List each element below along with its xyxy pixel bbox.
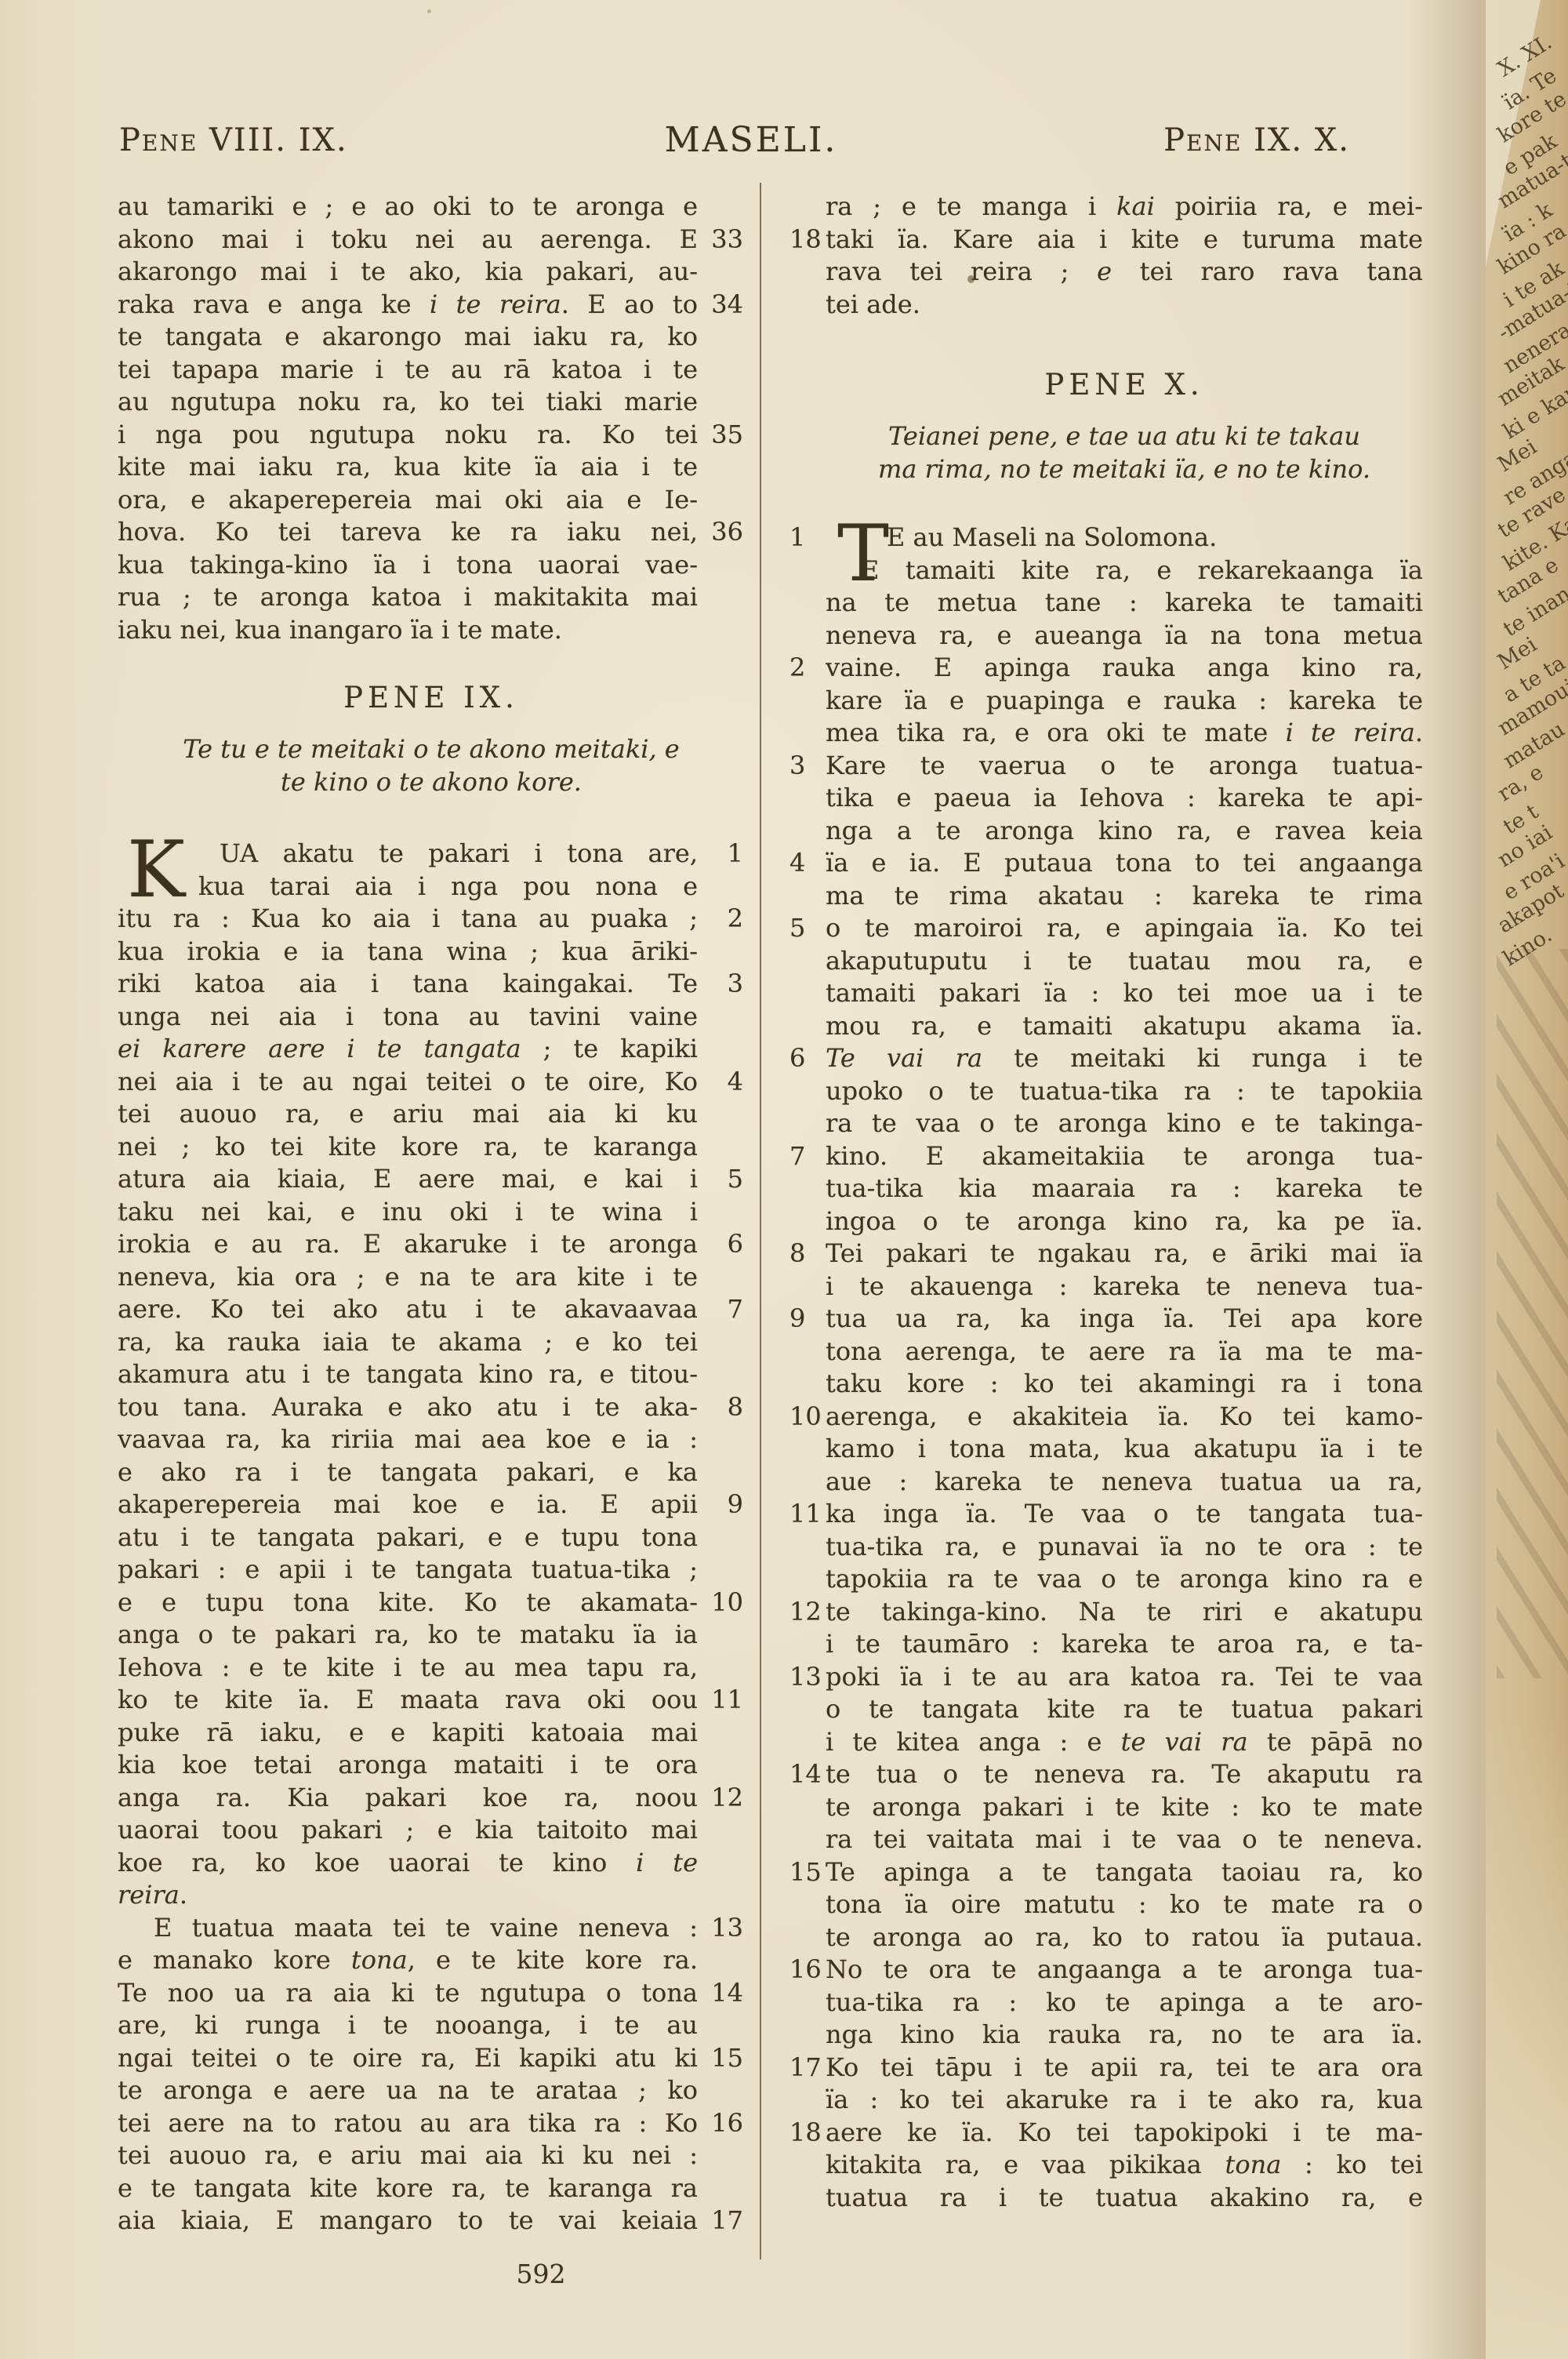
verse-number: 12 [699, 1782, 743, 1815]
verse-number: 10 [789, 1401, 822, 1434]
verse-number: 11 [699, 1684, 743, 1717]
verse-number: 6 [789, 1042, 822, 1075]
text-line: tika e paeua ia Iehova : kareka te api- [826, 782, 1423, 815]
chapter-block: PENE X.Teianei pene, e tae ua atu ki te … [826, 366, 1423, 485]
verse-text: e ako ra i te tangata pakari, e ka [118, 1456, 698, 1489]
text-line: te tua o te neneva ra. Te akaputu ra14 [826, 1758, 1423, 1791]
text-line: taki ïa. Kare aia i kite e turuma mate18 [826, 224, 1423, 256]
text-line: atu i te tangata pakari, e e tupu tona [118, 1521, 745, 1554]
verse-text: unga nei aia i tona au tavini vaine [118, 1001, 698, 1034]
verse-number: 15 [789, 1856, 822, 1889]
text-line: aia kiaia, E mangaro to te vai keiaia17 [118, 2205, 745, 2237]
verse-text: Ko tei tāpu i te apii ra, tei te ara ora [826, 2052, 1423, 2085]
text-line: mea tika ra, e ora oki te mate i te reir… [826, 717, 1423, 750]
verse-text: Tei pakari te ngakau ra, e āriki mai ïa [826, 1238, 1423, 1270]
text-line: poki ïa i te au ara katoa ra. Tei te vaa… [826, 1661, 1423, 1694]
text-line: kitakita ra, e vaa pikikaa tona : ko tei [826, 2149, 1423, 2182]
text-line: ïa e ia. E putaua tona to tei angaanga4 [826, 847, 1423, 880]
verse-text: tei tapapa marie i te au rā katoa i te [118, 354, 698, 387]
verse-text: kitakita ra, e vaa pikikaa tona : ko tei [826, 2149, 1423, 2182]
verse-number: 18 [789, 224, 822, 256]
verse-text: akaputuputu i te tuatau mou ra, e [826, 945, 1423, 978]
edge-illegible-text-texture [1497, 949, 1568, 1678]
verse-text: tua ua ra, ka inga ïa. Tei apa kore [826, 1303, 1423, 1336]
verse-number: 7 [699, 1293, 743, 1326]
verse-text: vaavaa ra, ka ririia mai aea koe e ia : [118, 1423, 698, 1456]
verse-text: te takinga-kino. Na te riri e akatupu [826, 1596, 1423, 1629]
text-line: te aronga e aere ua na te arataa ; ko [118, 2074, 745, 2107]
text-line: vaavaa ra, ka ririia mai aea koe e ia : [118, 1423, 745, 1456]
verse-text: puke rā iaku, e e kapiti katoaia mai [118, 1717, 698, 1750]
verse-text: mea tika ra, e ora oki te mate i te reir… [826, 717, 1423, 750]
edge-bottom-fade [1486, 1716, 1568, 2359]
text-line: i te kitea anga : e te vai ra te pāpā no [826, 1726, 1423, 1759]
verse-text: e manako kore tona, e te kite kore ra. [118, 1944, 698, 1977]
verse-text: akarongo mai i te ako, kia pakari, au- [118, 256, 698, 289]
text-line: te tangata e akarongo mai iaku ra, ko [118, 321, 745, 354]
text-line: rava tei reira ; e tei raro rava tana [826, 256, 1423, 289]
verse-text: kare ïa e puapinga e rauka : kareka te [826, 685, 1423, 718]
text-line: au ngutupa noku ra, ko tei tiaki marie [118, 386, 745, 419]
text-line: Kare te vaerua o te aronga tuatua-3 [826, 750, 1423, 783]
text-line: tei tapapa marie i te au rā katoa i te [118, 354, 745, 387]
binding-gutter-shadow [1407, 0, 1487, 2359]
verse-text: kamo i tona mata, kua akatupu ïa i te [826, 1433, 1423, 1466]
verse-number: 36 [699, 516, 743, 549]
verse-text: UA akatu te pakari i tona are, [118, 838, 698, 871]
text-line: tei auouo ra, e ariu mai aia ki ku nei : [118, 2139, 745, 2172]
verse-text: te tangata e akarongo mai iaku ra, ko [118, 321, 698, 354]
text-line: are, ki runga i te nooanga, i te au [118, 2009, 745, 2042]
verse-text: taku nei kai, e inu oki i te wina i [118, 1196, 698, 1229]
text-line: kamo i tona mata, kua akatupu ïa i te [826, 1433, 1423, 1466]
verse-text: iaku nei, kua inangaro ïa i te mate. [118, 614, 698, 647]
text-line: nga kino kia rauka ra, no te ara ïa. [826, 2019, 1423, 2052]
verse-text: upoko o te tuatua-tika ra : te tapokiia [826, 1075, 1423, 1108]
text-line: nei aia i te au ngai teitei o te oire, K… [118, 1066, 745, 1099]
verse-text: ra tei vaitata mai i te vaa o te neneva. [826, 1823, 1423, 1856]
verse-text: anga ra. Kia pakari koe ra, noou [118, 1782, 698, 1815]
verse-text: anga o te pakari ra, ko te mataku ïa ia [118, 1619, 698, 1652]
verse-number: 8 [699, 1391, 743, 1424]
chapter-subtitle-line: Te tu e te meitaki o te akono meitaki, e [118, 732, 745, 765]
text-line: akaperepereia mai koe e ia. E apii9 [118, 1488, 745, 1521]
verse-text: aere ke ïa. Ko tei tapokipoki i te ma- [826, 2117, 1423, 2150]
verse-text: neneva, kia ora ; e na te ara kite i te [118, 1261, 698, 1294]
text-line: unga nei aia i tona au tavini vaine [118, 1001, 745, 1034]
verse-text: akono mai i toku nei au aerenga. E [118, 224, 698, 256]
verse-number: 1 [789, 522, 822, 554]
verse-number: 16 [699, 2107, 743, 2140]
verse-number: 6 [699, 1228, 743, 1261]
verse-text: pakari : e apii i te tangata tuatua-tika… [118, 1554, 698, 1587]
verse-number: 5 [699, 1163, 743, 1196]
verse-text: ra ; e te manga i kai poiriia ra, e mei- [826, 191, 1423, 224]
verse-text: ïa : ko tei akaruke ra i te ako ra, kua [826, 2084, 1423, 2117]
text-line: Ko tei tāpu i te apii ra, tei te ara ora… [826, 2052, 1423, 2085]
chapter-subtitle-line: ma rima, no te meitaki ïa, e no te kino. [826, 453, 1423, 485]
verse-text: tei auouo ra, e ariu mai aia ki ku nei : [118, 2139, 698, 2172]
text-line: tei aere na to ratou au ara tika ra : Ko… [118, 2107, 745, 2140]
text-line: tei ade. [826, 289, 1423, 322]
verse-text: itu ra : Kua ko aia i tana au puaka ; [118, 903, 698, 936]
text-line: aue : kareka te neneva tuatua ua ra, [826, 1466, 1423, 1499]
text-line: na te metua tane : kareka te tamaiti [826, 587, 1423, 620]
text-line: Te apinga a te tangata taoiau ra, ko15 [826, 1856, 1423, 1889]
text-line: ngai teitei o te oire ra, Ei kapiki atu … [118, 2042, 745, 2075]
text-line: koe ra, ko koe uaorai te kino i te [118, 1847, 745, 1880]
left-column: au tamariki e ; e ao oki to te aronga ea… [118, 191, 745, 2237]
verse-text: kua takinga-kino ïa i tona uaorai vae- [118, 549, 698, 582]
verse-text: tua-tika kia maaraia ra : kareka te [826, 1172, 1423, 1205]
verse-text: Te noo ua ra aia ki te ngutupa o tona [118, 1977, 698, 2010]
text-line: Te noo ua ra aia ki te ngutupa o tona14 [118, 1977, 745, 2010]
verse-text: hova. Ko tei tareva ke ra iaku nei, [118, 516, 698, 549]
verse-text: poki ïa i te au ara katoa ra. Tei te vaa [826, 1661, 1423, 1694]
text-line: e manako kore tona, e te kite kore ra. [118, 1944, 745, 1977]
right-column: ra ; e te manga i kai poiriia ra, e mei-… [826, 191, 1423, 2214]
text-line: kua tarai aia i nga pou nona e [118, 871, 745, 903]
text-line: No te ora te angaanga a te aronga tua-16 [826, 1954, 1423, 1986]
verse-text: ngai teitei o te oire ra, Ei kapiki atu … [118, 2042, 698, 2075]
text-line: raka rava e anga ke i te reira. E ao to3… [118, 289, 745, 322]
verse-text: i nga pou ngutupa noku ra. Ko tei [118, 419, 698, 452]
text-line: e e tupu tona kite. Ko te akamata-10 [118, 1587, 745, 1619]
drop-cap-initial: K [127, 839, 185, 902]
running-head-title: MASELI. [665, 122, 838, 158]
chapter-heading: PENE IX. [118, 679, 745, 717]
verse-number: 17 [699, 2205, 743, 2237]
verse-text: ko te kite ïa. E maata rava oki oou [118, 1684, 698, 1717]
text-line: itu ra : Kua ko aia i tana au puaka ;2 [118, 903, 745, 936]
verse-number: 17 [789, 2052, 822, 2085]
verse-text: o te tangata kite ra te tuatua pakari [826, 1693, 1423, 1726]
verse-text: koe ra, ko koe uaorai te kino i te [118, 1847, 698, 1880]
text-line: ïa : ko tei akaruke ra i te ako ra, kua [826, 2084, 1423, 2117]
text-line: nga a te aronga kino ra, e ravea keia [826, 815, 1423, 848]
text-line: tona aerenga, te aere ra ïa ma te ma- [826, 1336, 1423, 1369]
verse-text: ra, ka rauka iaia te akama ; e ko tei [118, 1326, 698, 1359]
text-line: Iehova : e te kite i te au mea tapu ra, [118, 1652, 745, 1685]
text-line: tua-tika kia maaraia ra : kareka te [826, 1172, 1423, 1205]
verse-text: na te metua tane : kareka te tamaiti [826, 587, 1423, 620]
text-line: ra tei vaitata mai i te vaa o te neneva. [826, 1823, 1423, 1856]
paper-speck [427, 9, 431, 13]
text-line: tou tana. Auraka e ako atu i te aka-8 [118, 1391, 745, 1424]
verse-text: i te kitea anga : e te vai ra te pāpā no [826, 1726, 1423, 1759]
text-line: reira. [118, 1879, 745, 1912]
verse-number: 18 [789, 2117, 822, 2150]
chapter-heading: PENE X. [826, 366, 1423, 404]
verse-number: 2 [789, 652, 822, 685]
verse-number: 14 [789, 1758, 822, 1791]
text-line: o te tangata kite ra te tuatua pakari [826, 1693, 1423, 1726]
verse-text: irokia e au ra. E akaruke i te aronga [118, 1228, 698, 1261]
verse-text: Te apinga a te tangata taoiau ra, ko [826, 1856, 1423, 1889]
verse-text: riki katoa aia i tana kaingakai. Te [118, 968, 698, 1001]
text-line: kare ïa e puapinga e rauka : kareka te [826, 685, 1423, 718]
text-line: ko te kite ïa. E maata rava oki oou11 [118, 1684, 745, 1717]
verse-text: Iehova : e te kite i te au mea tapu ra, [118, 1652, 698, 1685]
running-head-left: Pene VIII. IX. [119, 122, 348, 158]
text-line: kino. E akameitakiia te aronga tua-7 [826, 1140, 1423, 1173]
verse-number: 4 [699, 1066, 743, 1099]
text-line: ma te rima akatau : kareka te rima [826, 880, 1423, 913]
text-line: iaku nei, kua inangaro ïa i te mate. [118, 614, 745, 647]
verse-text: tuatua ra i te tuatua akakino ra, e [826, 2182, 1423, 2215]
verse-text: ei karere aere i te tangata ; te kapiki [118, 1033, 698, 1066]
verse-text: tona ïa oire matutu : ko te mate ra o [826, 1888, 1423, 1921]
text-line: tua-tika ra, e punavai ïa no te ora : te [826, 1531, 1423, 1564]
verse-text: Te vai ra te meitaki ki runga i te [826, 1042, 1423, 1075]
verse-text: tona aerenga, te aere ra ïa ma te ma- [826, 1336, 1423, 1369]
verse-text: tei auouo ra, e ariu mai aia ki ku [118, 1098, 698, 1131]
verse-text: ka inga ïa. Te vaa o te tangata tua- [826, 1498, 1423, 1531]
text-line: tua ua ra, ka inga ïa. Tei apa kore9 [826, 1303, 1423, 1336]
verse-text: tamaiti pakari ïa : ko tei moe ua i te [826, 977, 1423, 1010]
verse-text: ora, e akaperepereia mai oki aia e Ie- [118, 484, 698, 517]
text-line: E tamaiti kite ra, e rekarekaanga ïa [826, 554, 1423, 587]
verse-text: nga kino kia rauka ra, no te ara ïa. [826, 2019, 1423, 2052]
book-page-scan: Pene VIII. IX. MASELI. Pene IX. X. au ta… [0, 0, 1568, 2359]
chapter-subtitle-line: Teianei pene, e tae ua atu ki te takau [826, 420, 1423, 453]
text-line: ka inga ïa. Te vaa o te tangata tua-11 [826, 1498, 1423, 1531]
paper-speck [967, 275, 975, 283]
text-line: tuatua ra i te tuatua akakino ra, e [826, 2182, 1423, 2215]
text-line: kua takinga-kino ïa i tona uaorai vae- [118, 549, 745, 582]
text-line: ra te vaa o te aronga kino e te takinga- [826, 1107, 1423, 1140]
text-line: pakari : e apii i te tangata tuatua-tika… [118, 1554, 745, 1587]
verse-number: 9 [699, 1488, 743, 1521]
verse-number: 8 [789, 1238, 822, 1270]
verse-text: aerenga, e akakiteia ïa. Ko tei kamo- [826, 1401, 1423, 1434]
text-line: tapokiia ra te vaa o te aronga kino ra e [826, 1563, 1423, 1596]
verse-number: 15 [699, 2042, 743, 2075]
text-line: tua-tika ra : ko te apinga a te aro- [826, 1986, 1423, 2019]
text-line: riki katoa aia i tana kaingakai. Te3 [118, 968, 745, 1001]
verse-number: 10 [699, 1587, 743, 1619]
verse-text: ra te vaa o te aronga kino e te takinga- [826, 1107, 1423, 1140]
verse-number: 5 [789, 912, 822, 945]
text-line: irokia e au ra. E akaruke i te aronga6 [118, 1228, 745, 1261]
text-line: aere ke ïa. Ko tei tapokipoki i te ma-18 [826, 2117, 1423, 2150]
verse-text: mou ra, e tamaiti akatupu akama ïa. [826, 1010, 1423, 1043]
chapter-block: PENE IX.Te tu e te meitaki o te akono me… [118, 679, 745, 798]
text-line: Te vai ra te meitaki ki runga i te6 [826, 1042, 1423, 1075]
text-line: tei auouo ra, e ariu mai aia ki ku [118, 1098, 745, 1131]
verse-text: te tua o te neneva ra. Te akaputu ra [826, 1758, 1423, 1791]
verse-text: nga a te aronga kino ra, e ravea keia [826, 815, 1423, 848]
text-line: taku nei kai, e inu oki i te wina i [118, 1196, 745, 1229]
verse-text: aia kiaia, E mangaro to te vai keiaia [118, 2205, 698, 2237]
column-divider-rule [760, 183, 761, 2259]
verse-text: au ngutupa noku ra, ko tei tiaki marie [118, 386, 698, 419]
text-line: upoko o te tuatua-tika ra : te tapokiia [826, 1075, 1423, 1108]
text-line: te aronga ao ra, ko to ratou ïa putaua. [826, 1921, 1423, 1954]
verse-number: 35 [699, 419, 743, 452]
verse-number: 33 [699, 224, 743, 256]
text-line: anga o te pakari ra, ko te mataku ïa ia [118, 1619, 745, 1652]
text-line: akono mai i toku nei au aerenga. E33 [118, 224, 745, 256]
verse-text: i te taumāro : kareka te aroa ra, e ta- [826, 1628, 1423, 1661]
verse-text: atura aia kiaia, E aere mai, e kai i [118, 1163, 698, 1196]
verse-text: te aronga e aere ua na te arataa ; ko [118, 2074, 698, 2107]
text-line: puke rā iaku, e e kapiti katoaia mai [118, 1717, 745, 1750]
text-line: anga ra. Kia pakari koe ra, noou12 [118, 1782, 745, 1815]
text-line: tamaiti pakari ïa : ko tei moe ua i te [826, 977, 1423, 1010]
verse-text: tapokiia ra te vaa o te aronga kino ra e [826, 1563, 1423, 1596]
verse-number: 11 [789, 1498, 822, 1531]
text-line: akaputuputu i te tuatau mou ra, e [826, 945, 1423, 978]
text-line: te aronga pakari i te kite : ko te mate [826, 1791, 1423, 1824]
text-line: i nga pou ngutupa noku ra. Ko tei35 [118, 419, 745, 452]
text-line: kia koe tetai aronga mataiti i te ora [118, 1749, 745, 1782]
text-line: aere. Ko tei ako atu i te akavaavaa7 [118, 1293, 745, 1326]
verse-text: taki ïa. Kare aia i kite e turuma mate [826, 224, 1423, 256]
verse-text: te aronga pakari i te kite : ko te mate [826, 1791, 1423, 1824]
text-line: kite mai iaku ra, kua kite ïa aia i te [118, 451, 745, 484]
verse-text: neneva ra, e aueanga ïa na tona metua [826, 620, 1423, 652]
text-line: vaine. E apinga rauka anga kino ra,2 [826, 652, 1423, 685]
verse-text: uaorai toou pakari ; e kia taitoito mai [118, 1814, 698, 1847]
verse-text: E au Maseli na Solomona. [826, 522, 1423, 554]
verse-number: 14 [699, 1977, 743, 2010]
text-line: akamura atu i te tangata kino ra, e tito… [118, 1358, 745, 1391]
verse-text: nei aia i te au ngai teitei o te oire, K… [118, 1066, 698, 1099]
verse-number: 9 [789, 1303, 822, 1336]
verse-text: tei aere na to ratou au ara tika ra : Ko [118, 2107, 698, 2140]
verse-text: kua irokia e ia tana wina ; kua āriki- [118, 936, 698, 969]
verse-text: ma te rima akatau : kareka te rima [826, 880, 1423, 913]
verse-text: kia koe tetai aronga mataiti i te ora [118, 1749, 698, 1782]
verse-text: tua-tika ra, e punavai ïa no te ora : te [826, 1531, 1423, 1564]
text-line: atura aia kiaia, E aere mai, e kai i5 [118, 1163, 745, 1196]
verse-number: 13 [699, 1912, 743, 1945]
verse-text: reira. [118, 1879, 698, 1912]
text-line: nei ; ko tei kite kore ra, te karanga [118, 1131, 745, 1164]
verse-text: E tamaiti kite ra, e rekarekaanga ïa [826, 554, 1423, 587]
verse-number: 34 [699, 289, 743, 322]
running-head-right: Pene IX. X. [1163, 122, 1350, 158]
verse-number: 3 [699, 968, 743, 1001]
verse-text: tua-tika ra : ko te apinga a te aro- [826, 1986, 1423, 2019]
text-line: Tei pakari te ngakau ra, e āriki mai ïa8 [826, 1238, 1423, 1270]
verse-text: te aronga ao ra, ko to ratou ïa putaua. [826, 1921, 1423, 1954]
text-line: neneva, kia ora ; e na te ara kite i te [118, 1261, 745, 1294]
verse-text: tika e paeua ia Iehova : kareka te api- [826, 782, 1423, 815]
verse-text: au tamariki e ; e ao oki to te aronga e [118, 191, 698, 224]
verse-text: kua tarai aia i nga pou nona e [118, 871, 698, 903]
verse-text: vaine. E apinga rauka anga kino ra, [826, 652, 1423, 685]
text-line: ingoa o te aronga kino ra, ka pe ïa. [826, 1205, 1423, 1238]
verse-text: akamura atu i te tangata kino ra, e tito… [118, 1358, 698, 1391]
verse-text: i te akauenga : kareka te neneva tua- [826, 1270, 1423, 1303]
verse-text: atu i te tangata pakari, e e tupu tona [118, 1521, 698, 1554]
verse-number: 13 [789, 1661, 822, 1694]
verse-text: ingoa o te aronga kino ra, ka pe ïa. [826, 1205, 1423, 1238]
text-line: kua irokia e ia tana wina ; kua āriki- [118, 936, 745, 969]
text-line: i te akauenga : kareka te neneva tua- [826, 1270, 1423, 1303]
text-line: tona ïa oire matutu : ko te mate ra o [826, 1888, 1423, 1921]
verse-text: E tuatua maata tei te vaine neneva : [118, 1912, 698, 1945]
text-line: hova. Ko tei tareva ke ra iaku nei,36 [118, 516, 745, 549]
verse-text: tou tana. Auraka e ako atu i te aka- [118, 1391, 698, 1424]
verse-number: 2 [699, 903, 743, 936]
text-line: taku kore : ko tei akamingi ra i tona [826, 1368, 1423, 1401]
verse-number: 4 [789, 847, 822, 880]
verse-text: are, ki runga i te nooanga, i te au [118, 2009, 698, 2042]
text-line: E tuatua maata tei te vaine neneva :13 [118, 1912, 745, 1945]
book-fore-edge: X. XI.ïa. Tekore tee pakmatua-tïa : kkin… [1486, 0, 1568, 2359]
verse-text: Kare te vaerua o te aronga tuatua- [826, 750, 1423, 783]
verse-text: ïa e ia. E putaua tona to tei angaanga [826, 847, 1423, 880]
verse-text: e te tangata kite kore ra, te karanga ra [118, 2172, 698, 2205]
paper-speck [118, 1217, 122, 1221]
text-line: ra, ka rauka iaia te akama ; e ko tei [118, 1326, 745, 1359]
text-line: E au Maseli na Solomona.1 [826, 522, 1423, 554]
verse-number: 3 [789, 750, 822, 783]
verse-number: 1 [699, 838, 743, 871]
verse-text: kino. E akameitakiia te aronga tua- [826, 1140, 1423, 1173]
text-line: akarongo mai i te ako, kia pakari, au- [118, 256, 745, 289]
chapter-subtitle-line: te kino o te akono kore. [118, 765, 745, 798]
text-line: e ako ra i te tangata pakari, e ka [118, 1456, 745, 1489]
text-line: uaorai toou pakari ; e kia taitoito mai [118, 1814, 745, 1847]
text-line: ora, e akaperepereia mai oki aia e Ie- [118, 484, 745, 517]
verse-text: raka rava e anga ke i te reira. E ao to [118, 289, 698, 322]
text-line: rua ; te aronga katoa i makitakita mai [118, 581, 745, 614]
verse-text: taku kore : ko tei akamingi ra i tona [826, 1368, 1423, 1401]
verse-text: o te maroiroi ra, e apingaia ïa. Ko tei [826, 912, 1423, 945]
verse-number: 16 [789, 1954, 822, 1986]
verse-number: 12 [789, 1596, 822, 1629]
text-line: ei karere aere i te tangata ; te kapiki [118, 1033, 745, 1066]
verse-text: kite mai iaku ra, kua kite ïa aia i te [118, 451, 698, 484]
text-line: i te taumāro : kareka te aroa ra, e ta- [826, 1628, 1423, 1661]
text-line: o te maroiroi ra, e apingaia ïa. Ko tei5 [826, 912, 1423, 945]
text-line: neneva ra, e aueanga ïa na tona metua [826, 620, 1423, 652]
verse-text: e e tupu tona kite. Ko te akamata- [118, 1587, 698, 1619]
verse-text: akaperepereia mai koe e ia. E apii [118, 1488, 698, 1521]
text-line: te takinga-kino. Na te riri e akatupu12 [826, 1596, 1423, 1629]
text-line: UA akatu te pakari i tona are,1 [118, 838, 745, 871]
verse-text: No te ora te angaanga a te aronga tua- [826, 1954, 1423, 1986]
text-line: mou ra, e tamaiti akatupu akama ïa. [826, 1010, 1423, 1043]
verse-text: rava tei reira ; e tei raro rava tana [826, 256, 1423, 289]
page-number: 592 [517, 2259, 566, 2289]
verse-text: aere. Ko tei ako atu i te akavaavaa [118, 1293, 698, 1326]
text-line: ra ; e te manga i kai poiriia ra, e mei- [826, 191, 1423, 224]
verse-text: nei ; ko tei kite kore ra, te karanga [118, 1131, 698, 1164]
drop-cap-initial: T [837, 523, 889, 586]
verse-text: tei ade. [826, 289, 1423, 322]
text-line: au tamariki e ; e ao oki to te aronga e [118, 191, 745, 224]
verse-number: 7 [789, 1140, 822, 1173]
text-line: e te tangata kite kore ra, te karanga ra [118, 2172, 745, 2205]
verse-text: aue : kareka te neneva tuatua ua ra, [826, 1466, 1423, 1499]
text-line: aerenga, e akakiteia ïa. Ko tei kamo-10 [826, 1401, 1423, 1434]
verse-text: rua ; te aronga katoa i makitakita mai [118, 581, 698, 614]
